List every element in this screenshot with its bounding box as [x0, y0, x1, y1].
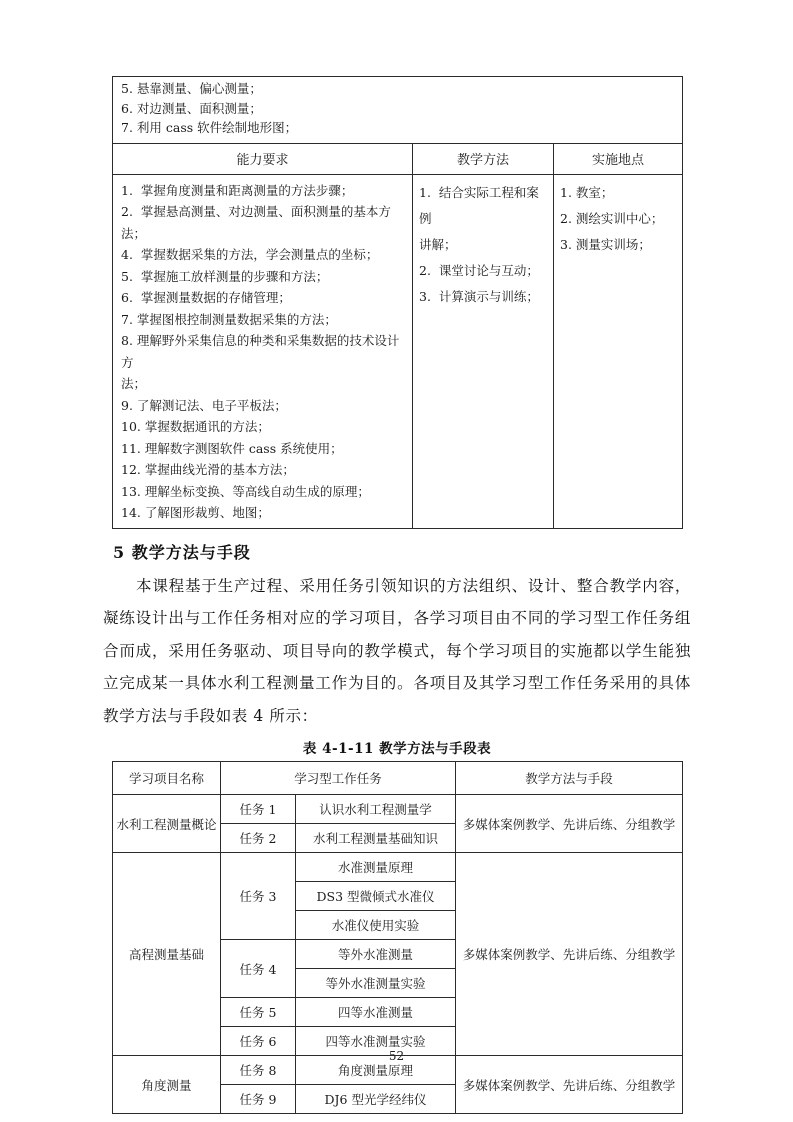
page-number: 52	[0, 1049, 793, 1063]
text-line: 8. 理解野外采集信息的种类和采集数据的技术设计方	[121, 330, 410, 373]
task-item-cell: 认识水利工程测量学	[296, 795, 456, 824]
task-item-cell: 水准仪使用实验	[296, 911, 456, 940]
task-label-cell: 任务 2	[221, 824, 296, 853]
teaching-method-cell: 多媒体案例教学、先讲后练、分组教学	[456, 1056, 683, 1114]
project-name-cell: 水利工程测量概论	[113, 795, 221, 853]
ability-table-header-row: 能力要求 教学方法 实施地点	[113, 143, 683, 174]
text-line: 2. 测绘实训中心；	[560, 206, 680, 232]
text-line: 法；	[121, 373, 410, 395]
ability-table: 5. 悬靠测量、偏心测量；6. 对边测量、面积测量；7. 利用 cass 软件绘…	[112, 76, 683, 529]
text-line: 4. 掌握数据采集的方法，学会测量点的坐标；	[121, 244, 410, 266]
text-line: 7. 利用 cass 软件绘制地形图；	[121, 118, 682, 138]
text-line: 7. 掌握图根控制测量数据采集的方法；	[121, 309, 410, 331]
text-line: 1. 结合实际工程和案例	[419, 180, 551, 232]
text-line: 6. 掌握测量数据的存储管理；	[121, 287, 410, 309]
header-location: 实施地点	[554, 143, 683, 174]
text-line: 3. 计算演示与训练；	[419, 284, 551, 310]
continuation-cell: 5. 悬靠测量、偏心测量；6. 对边测量、面积测量；7. 利用 cass 软件绘…	[113, 77, 683, 144]
page-content: 5. 悬靠测量、偏心测量；6. 对边测量、面积测量；7. 利用 cass 软件绘…	[103, 76, 691, 1114]
table-caption: 表 4-1-11 教学方法与手段表	[103, 737, 691, 757]
table-row: 水利工程测量概论任务 1认识水利工程测量学多媒体案例教学、先讲后练、分组教学	[113, 795, 683, 824]
teaching-method-list-cell: 1. 结合实际工程和案例讲解；2. 课堂讨论与互动；3. 计算演示与训练；	[413, 174, 554, 528]
project-name-cell: 角度测量	[113, 1056, 221, 1114]
header-ability: 能力要求	[113, 143, 413, 174]
section-paragraph: 本课程基于生产过程、采用任务引领知识的方法组织、设计、整合教学内容，凝练设计出与…	[103, 570, 691, 733]
text-line: 1. 教室；	[560, 180, 680, 206]
text-line: 10. 掌握数据通讯的方法；	[121, 416, 410, 438]
text-line: 11. 理解数字测图软件 cass 系统使用；	[121, 438, 410, 460]
ability-table-body-row: 1. 掌握角度测量和距离测量的方法步骤；2. 掌握悬高测量、对边测量、面积测量的…	[113, 174, 683, 528]
table-row: 高程测量基础任务 3水准测量原理多媒体案例教学、先讲后练、分组教学	[113, 853, 683, 882]
task-item-cell: 等外水准测量实验	[296, 969, 456, 998]
teaching-method-cell: 多媒体案例教学、先讲后练、分组教学	[456, 795, 683, 853]
task-item-cell: 水利工程测量基础知识	[296, 824, 456, 853]
text-line: 5. 悬靠测量、偏心测量；	[121, 79, 682, 99]
text-line: 13. 理解坐标变换、等高线自动生成的原理；	[121, 481, 410, 503]
ability-list-cell: 1. 掌握角度测量和距离测量的方法步骤；2. 掌握悬高测量、对边测量、面积测量的…	[113, 174, 413, 528]
continuation-lines: 5. 悬靠测量、偏心测量；6. 对边测量、面积测量；7. 利用 cass 软件绘…	[121, 79, 682, 138]
project-name-cell: 高程测量基础	[113, 853, 221, 1056]
task-item-cell: DS3 型微倾式水准仪	[296, 882, 456, 911]
text-line: 1. 掌握角度测量和距离测量的方法步骤；	[121, 180, 410, 202]
task-label-cell: 任务 1	[221, 795, 296, 824]
text-line: 5. 掌握施工放样测量的步骤和方法；	[121, 266, 410, 288]
text-line: 14. 了解图形裁剪、地图；	[121, 502, 410, 524]
document-page: 5. 悬靠测量、偏心测量；6. 对边测量、面积测量；7. 利用 cass 软件绘…	[0, 0, 793, 1122]
task-label-cell: 任务 9	[221, 1085, 296, 1114]
text-line: 12. 掌握曲线光滑的基本方法；	[121, 459, 410, 481]
location-lines: 1. 教室；2. 测绘实训中心；3. 测量实训场；	[560, 180, 680, 258]
task-label-cell: 任务 4	[221, 940, 296, 998]
task-item-cell: 等外水准测量	[296, 940, 456, 969]
header-methods-means: 教学方法与手段	[456, 762, 683, 795]
task-item-cell: 四等水准测量	[296, 998, 456, 1027]
task-label-cell: 任务 3	[221, 853, 296, 940]
section-heading: 5 教学方法与手段	[113, 540, 691, 563]
text-line: 2. 掌握悬高测量、对边测量、面积测量的基本方法；	[121, 201, 410, 244]
location-list-cell: 1. 教室；2. 测绘实训中心；3. 测量实训场；	[554, 174, 683, 528]
methods-table-body: 水利工程测量概论任务 1认识水利工程测量学多媒体案例教学、先讲后练、分组教学任务…	[113, 795, 683, 1114]
method-lines: 1. 结合实际工程和案例讲解；2. 课堂讨论与互动；3. 计算演示与训练；	[419, 180, 551, 310]
header-project-name: 学习项目名称	[113, 762, 221, 795]
header-teaching-method: 教学方法	[413, 143, 554, 174]
text-line: 3. 测量实训场；	[560, 232, 680, 258]
text-line: 9. 了解测记法、电子平板法；	[121, 395, 410, 417]
ability-lines: 1. 掌握角度测量和距离测量的方法步骤；2. 掌握悬高测量、对边测量、面积测量的…	[121, 180, 410, 524]
methods-table-header-row: 学习项目名称 学习型工作任务 教学方法与手段	[113, 762, 683, 795]
header-learning-tasks: 学习型工作任务	[221, 762, 456, 795]
text-line: 讲解；	[419, 232, 551, 258]
task-label-cell: 任务 5	[221, 998, 296, 1027]
text-line: 6. 对边测量、面积测量；	[121, 99, 682, 119]
task-item-cell: DJ6 型光学经纬仪	[296, 1085, 456, 1114]
task-item-cell: 水准测量原理	[296, 853, 456, 882]
text-line: 2. 课堂讨论与互动；	[419, 258, 551, 284]
teaching-method-cell: 多媒体案例教学、先讲后练、分组教学	[456, 853, 683, 1056]
continuation-row: 5. 悬靠测量、偏心测量；6. 对边测量、面积测量；7. 利用 cass 软件绘…	[113, 77, 683, 144]
